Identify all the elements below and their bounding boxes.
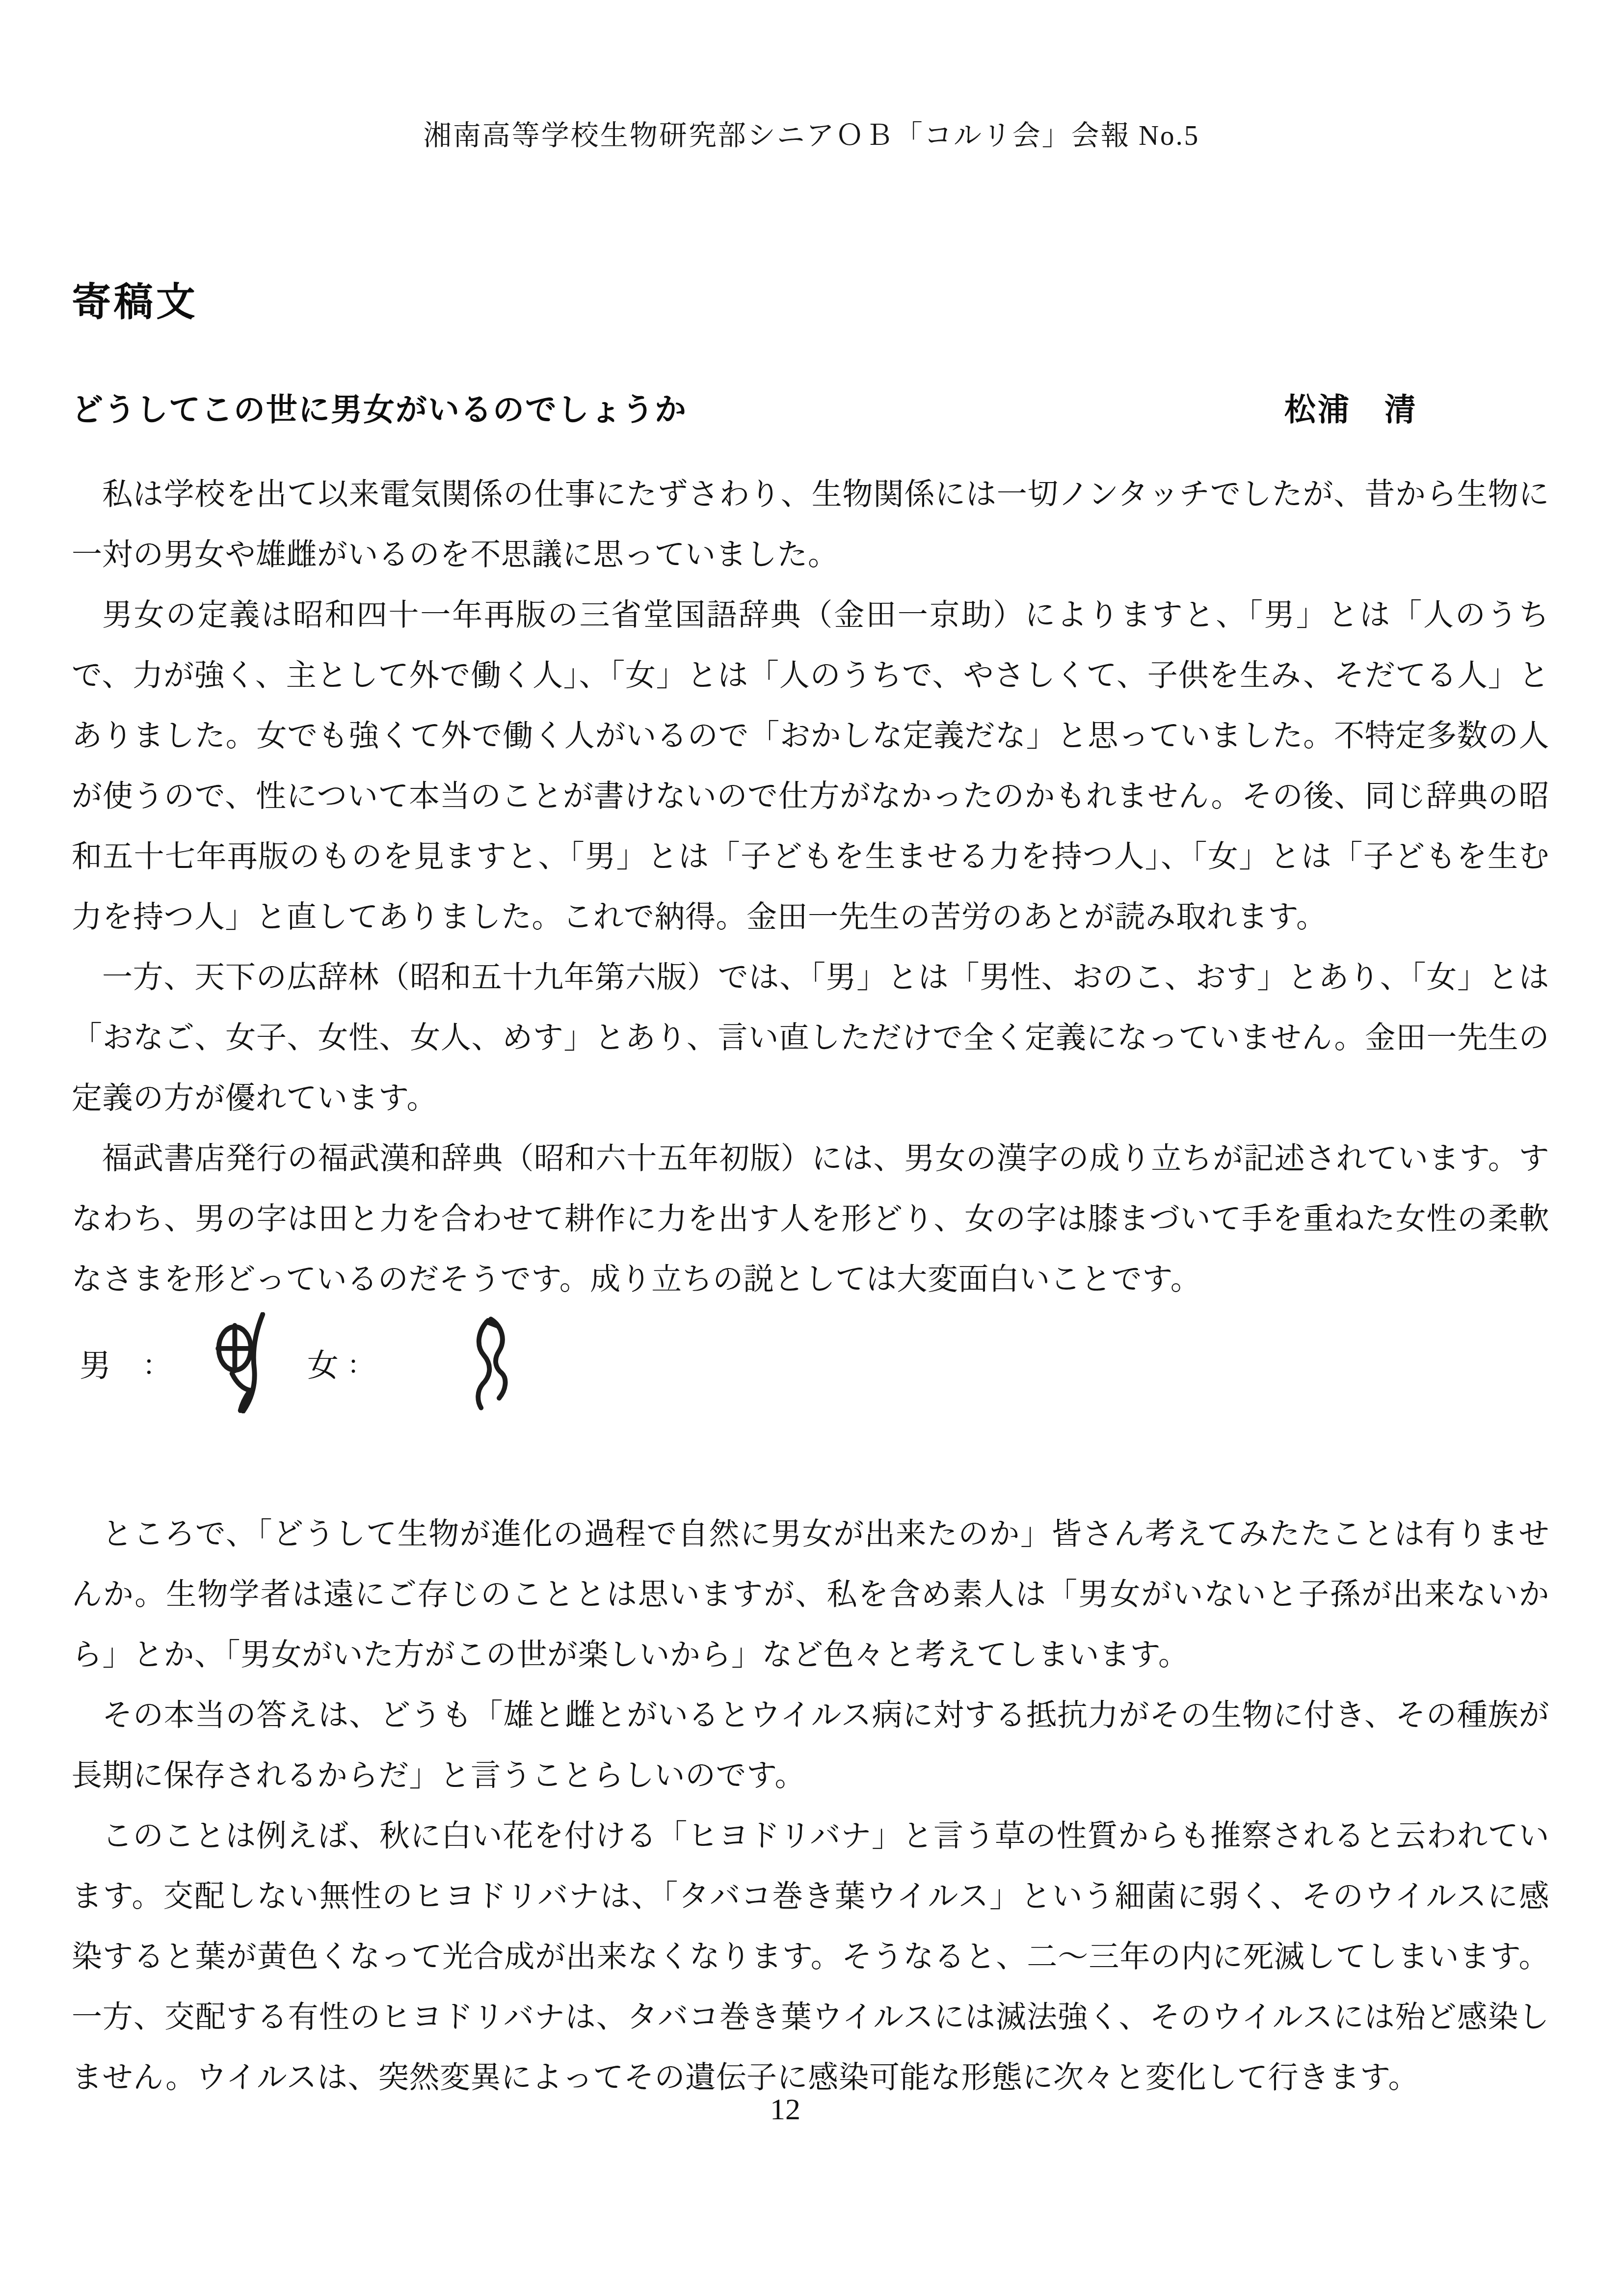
- paragraph-7: このことは例えば、秋に白い花を付ける「ヒヨドリバナ」と言う草の性質からも推察され…: [72, 1807, 1549, 2108]
- article-title: どうしてこの世に男女がいるのでしょうか: [72, 384, 687, 430]
- page-number: 12: [0, 2092, 1570, 2127]
- running-head: 湘南高等学校生物研究部シニアＯＢ「コルリ会」会報 No.5: [0, 113, 1623, 153]
- woman-colon: :: [349, 1347, 357, 1379]
- newsletter-page: 湘南高等学校生物研究部シニアＯＢ「コルリ会」会報 No.5 寄稿文 どうしてこの…: [0, 0, 1623, 2296]
- man-colon: ：: [142, 1342, 171, 1383]
- man-kanji-label: 男: [80, 1340, 111, 1385]
- article-title-row: どうしてこの世に男女がいるのでしょうか 松浦 清: [72, 384, 1549, 430]
- article-body: 私は学校を出て以来電気関係の仕事にたずさわり、生物関係には一切ノンタッチでしたが…: [72, 465, 1549, 2108]
- content-column: 寄稿文 どうしてこの世に男女がいるのでしょうか 松浦 清 私は学校を出て以来電気…: [72, 270, 1549, 2108]
- paragraph-2: 男女の定義は昭和四十一年再版の三省堂国語辞典（金田一京助）によりますと、「男」と…: [72, 586, 1549, 948]
- oracle-man-glyph: [208, 1312, 282, 1413]
- ancient-glyph-row: 男 ： 女 :: [72, 1312, 1549, 1413]
- paragraph-4: 福武書店発行の福武漢和辞典（昭和六十五年初版）には、男女の漢字の成り立ちが記述さ…: [72, 1129, 1549, 1310]
- section-heading: 寄稿文: [72, 270, 1549, 326]
- article-author: 松浦 清: [1284, 384, 1418, 430]
- woman-kanji-label: 女: [307, 1340, 339, 1385]
- paragraph-1: 私は学校を出て以来電気関係の仕事にたずさわり、生物関係には一切ノンタッチでしたが…: [72, 465, 1549, 586]
- paragraph-5: ところで、「どうして生物が進化の過程で自然に男女が出来たのか」皆さん考えてみたた…: [72, 1505, 1549, 1686]
- paragraph-6: その本当の答えは、どうも「雄と雌とがいるとウイルス病に対する抵抗力がその生物に付…: [72, 1686, 1549, 1807]
- paragraph-3: 一方、天下の広辞林（昭和五十九年第六版）では、「男」とは「男性、おのこ、おす」と…: [72, 948, 1549, 1129]
- oracle-woman-glyph: [467, 1315, 514, 1411]
